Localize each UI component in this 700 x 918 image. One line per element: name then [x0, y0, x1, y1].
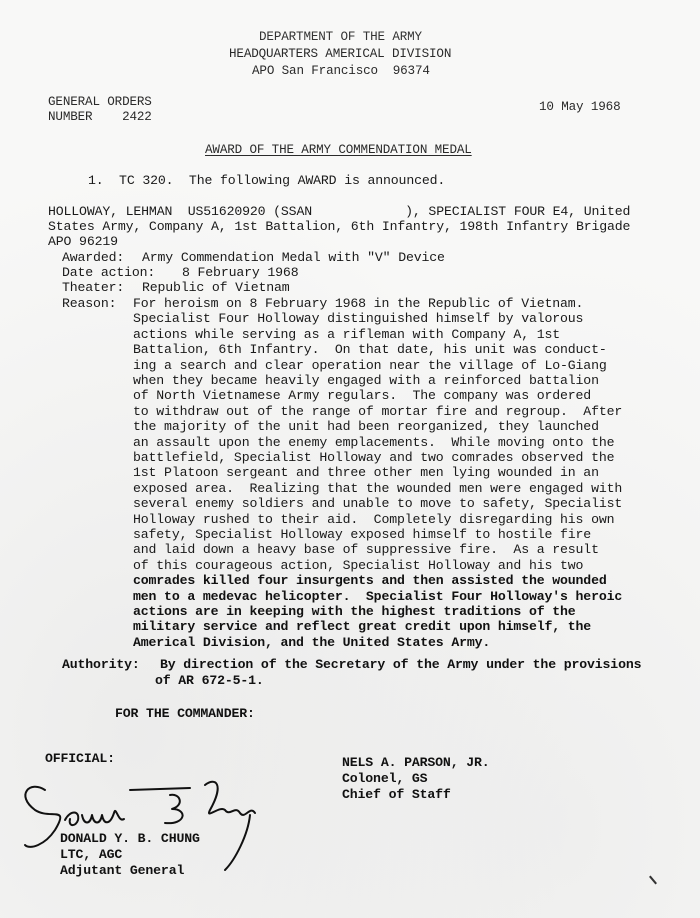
reason-line: to withdraw out of the range of mortar f… — [133, 405, 622, 419]
recipient-line-1: HOLLOWAY, LEHMAN US51620920 (SSAN ), SPE… — [48, 205, 630, 219]
reason-line: Holloway rushed to their aid. Completely… — [133, 513, 614, 527]
reason-line: actions while serving as a rifleman with… — [133, 328, 560, 342]
reason-line: Americal Division, and the United States… — [133, 636, 490, 650]
order-number: NUMBER 2422 — [48, 110, 152, 124]
reason-line: an assault upon the enemy emplacements. … — [133, 436, 614, 450]
letterhead-headquarters: HEADQUARTERS AMERICAL DIVISION — [229, 47, 451, 61]
reason-line: several enemy soldiers and unable to mov… — [133, 497, 622, 511]
chief-of-staff-rank: Colonel, GS — [342, 772, 427, 786]
reason-line: comrades killed four insurgents and then… — [133, 574, 607, 588]
handwritten-signature — [10, 775, 260, 875]
authority-label: Authority: — [62, 658, 140, 672]
letterhead-apo: APO San Francisco 96374 — [252, 64, 430, 78]
reason-line: exposed area. Realizing that the wounded… — [133, 482, 622, 496]
reason-line: Specialist Four Holloway distinguished h… — [133, 312, 583, 326]
announcement: 1. TC 320. The following AWARD is announ… — [88, 174, 445, 188]
recipient-line-2: States Army, Company A, 1st Battalion, 6… — [48, 220, 630, 234]
document-page: DEPARTMENT OF THE ARMY HEADQUARTERS AMER… — [0, 0, 700, 918]
letterhead-department: DEPARTMENT OF THE ARMY — [259, 30, 422, 44]
recipient-line-3: APO 96219 — [48, 235, 118, 249]
reason-line: of North Vietnamese Army regulars. The c… — [133, 389, 591, 403]
theater-value: Republic of Vietnam — [142, 281, 290, 295]
official-label: OFFICIAL: — [45, 752, 115, 766]
authority-line: By direction of the Secretary of the Arm… — [160, 658, 641, 672]
reason-line: when they became heavily engaged with a … — [133, 374, 599, 388]
date-action-label: Date action: — [62, 266, 155, 280]
reason-line: actions are in keeping with the highest … — [133, 605, 576, 619]
awarded-label: Awarded: — [62, 251, 124, 265]
document-title: AWARD OF THE ARMY COMMENDATION MEDAL — [205, 143, 472, 157]
for-the-commander: FOR THE COMMANDER: — [115, 707, 255, 721]
reason-label: Reason: — [62, 297, 116, 311]
reason-line: safety, Specialist Holloway exposed hims… — [133, 528, 591, 542]
reason-line: and laid down a heavy base of suppressiv… — [133, 543, 599, 557]
authority-line: of AR 672-5-1. — [155, 674, 264, 688]
reason-line: the majority of the unit had been reorga… — [133, 420, 599, 434]
reason-line: military service and reflect great credi… — [133, 620, 591, 634]
awarded-value: Army Commendation Medal with "V" Device — [142, 251, 445, 265]
order-date: 10 May 1968 — [539, 100, 620, 114]
reason-line: men to a medevac helicopter. Specialist … — [133, 590, 622, 604]
paper-speck — [649, 876, 657, 885]
reason-line: battlefield, Specialist Holloway and two… — [133, 451, 614, 465]
date-action-value: 8 February 1968 — [182, 266, 298, 280]
general-orders-label: GENERAL ORDERS — [48, 95, 152, 109]
chief-of-staff-title: Chief of Staff — [342, 788, 451, 802]
chief-of-staff-name: NELS A. PARSON, JR. — [342, 756, 490, 770]
theater-label: Theater: — [62, 281, 124, 295]
reason-line: For heroism on 8 February 1968 in the Re… — [133, 297, 583, 311]
reason-line: of this courageous action, Specialist Ho… — [133, 559, 583, 573]
reason-line: 1st Platoon sergeant and three other men… — [133, 466, 599, 480]
reason-line: ing a search and clear operation near th… — [133, 359, 607, 373]
reason-line: Battalion, 6th Infantry. On that date, h… — [133, 343, 607, 357]
